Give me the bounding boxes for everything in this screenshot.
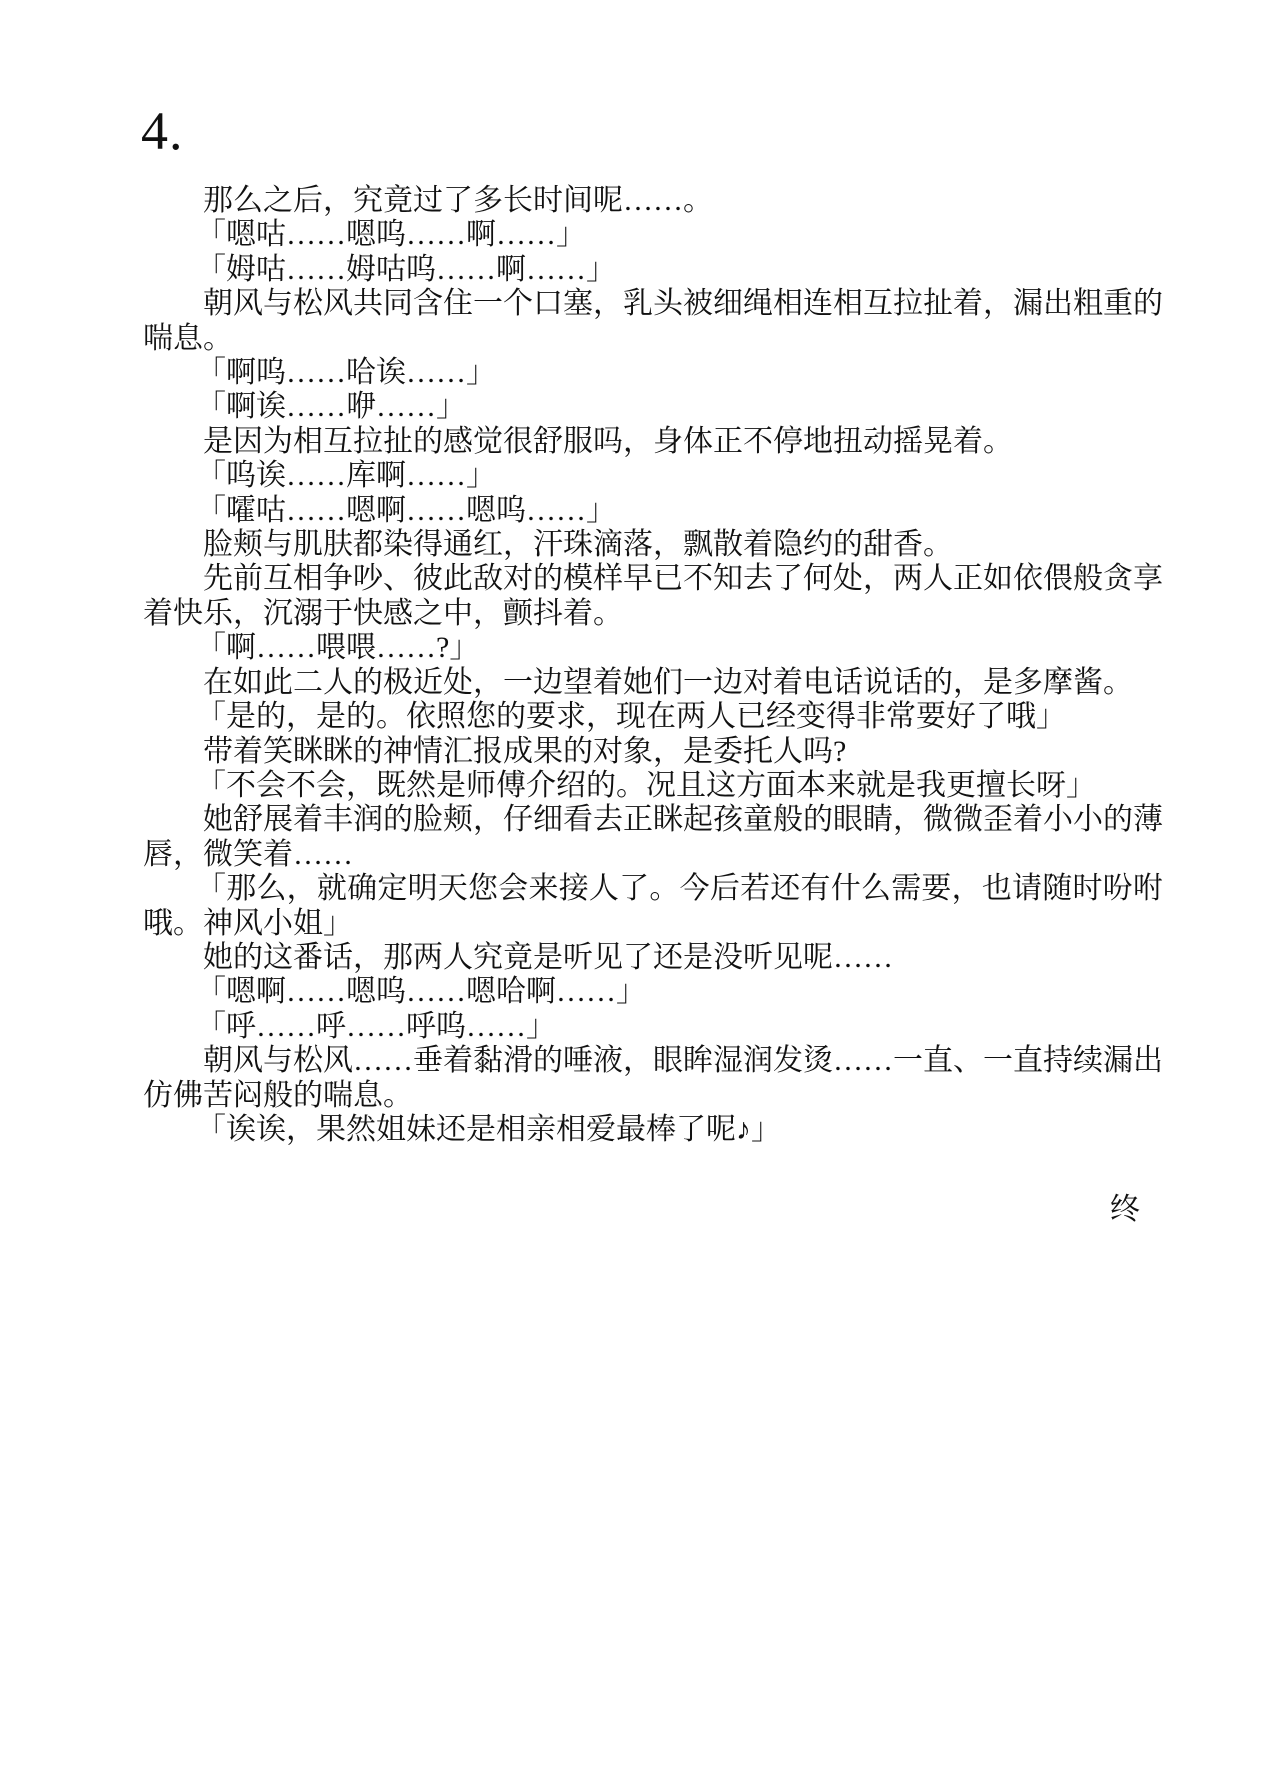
narration-line: 朝风与松风……垂着黏滑的唾液，眼眸湿润发烫……一直、一直持续漏出仿佛苦闷般的喘息…	[143, 1044, 1163, 1113]
dialogue-line: 「呜诶……库啊……」	[143, 459, 1163, 493]
dialogue-line: 「呼……呼……呼呜……」	[143, 1010, 1163, 1044]
narration-line: 朝风与松风共同含住一个口塞，乳头被细绳相连相互拉扯着，漏出粗重的喘息。	[143, 287, 1163, 356]
dialogue-line: 「诶诶，果然姐妹还是相亲相爱最棒了呢♪」	[143, 1113, 1163, 1147]
dialogue-line: 「啊呜……哈诶……」	[143, 356, 1163, 390]
dialogue-line: 「嗯咕……嗯呜……啊……」	[143, 218, 1163, 252]
story-text-body: 那么之后，究竟过了多长时间呢……。「嗯咕……嗯呜……啊……」「姆咕……姆咕呜………	[143, 184, 1163, 1147]
dialogue-line: 「啊……喂喂……?」	[143, 631, 1163, 665]
narration-line: 她的这番话，那两人究竟是听见了还是没听见呢……	[143, 941, 1163, 975]
end-mark: 终	[1110, 1193, 1140, 1227]
narration-line: 脸颊与肌肤都染得通红，汗珠滴落，飘散着隐约的甜香。	[143, 528, 1163, 562]
dialogue-line: 「是的，是的。依照您的要求，现在两人已经变得非常要好了哦」	[143, 700, 1163, 734]
dialogue-line: 「那么，就确定明天您会来接人了。今后若还有什么需要，也请随时吩咐哦。神风小姐」	[143, 872, 1163, 941]
dialogue-line: 「姆咕……姆咕呜……啊……」	[143, 253, 1163, 287]
dialogue-line: 「嗯啊……嗯呜……嗯哈啊……」	[143, 975, 1163, 1009]
document-page: 4. 那么之后，究竟过了多长时间呢……。「嗯咕……嗯呜……啊……」「姆咕……姆咕…	[0, 0, 1280, 1790]
narration-line: 她舒展着丰润的脸颊，仔细看去正眯起孩童般的眼睛，微微歪着小小的薄唇，微笑着……	[143, 803, 1163, 872]
narration-line: 先前互相争吵、彼此敌对的模样早已不知去了何处，两人正如依偎般贪享着快乐，沉溺于快…	[143, 562, 1163, 631]
dialogue-line: 「不会不会，既然是师傅介绍的。况且这方面本来就是我更擅长呀」	[143, 769, 1163, 803]
narration-line: 那么之后，究竟过了多长时间呢……。	[143, 184, 1163, 218]
chapter-number-heading: 4.	[141, 104, 184, 158]
dialogue-line: 「啊诶……咿……」	[143, 390, 1163, 424]
narration-line: 是因为相互拉扯的感觉很舒服吗，身体正不停地扭动摇晃着。	[143, 425, 1163, 459]
narration-line: 带着笑眯眯的神情汇报成果的对象，是委托人吗?	[143, 735, 1163, 769]
narration-line: 在如此二人的极近处，一边望着她们一边对着电话说话的，是多摩酱。	[143, 666, 1163, 700]
dialogue-line: 「嚯咕……嗯啊……嗯呜……」	[143, 494, 1163, 528]
